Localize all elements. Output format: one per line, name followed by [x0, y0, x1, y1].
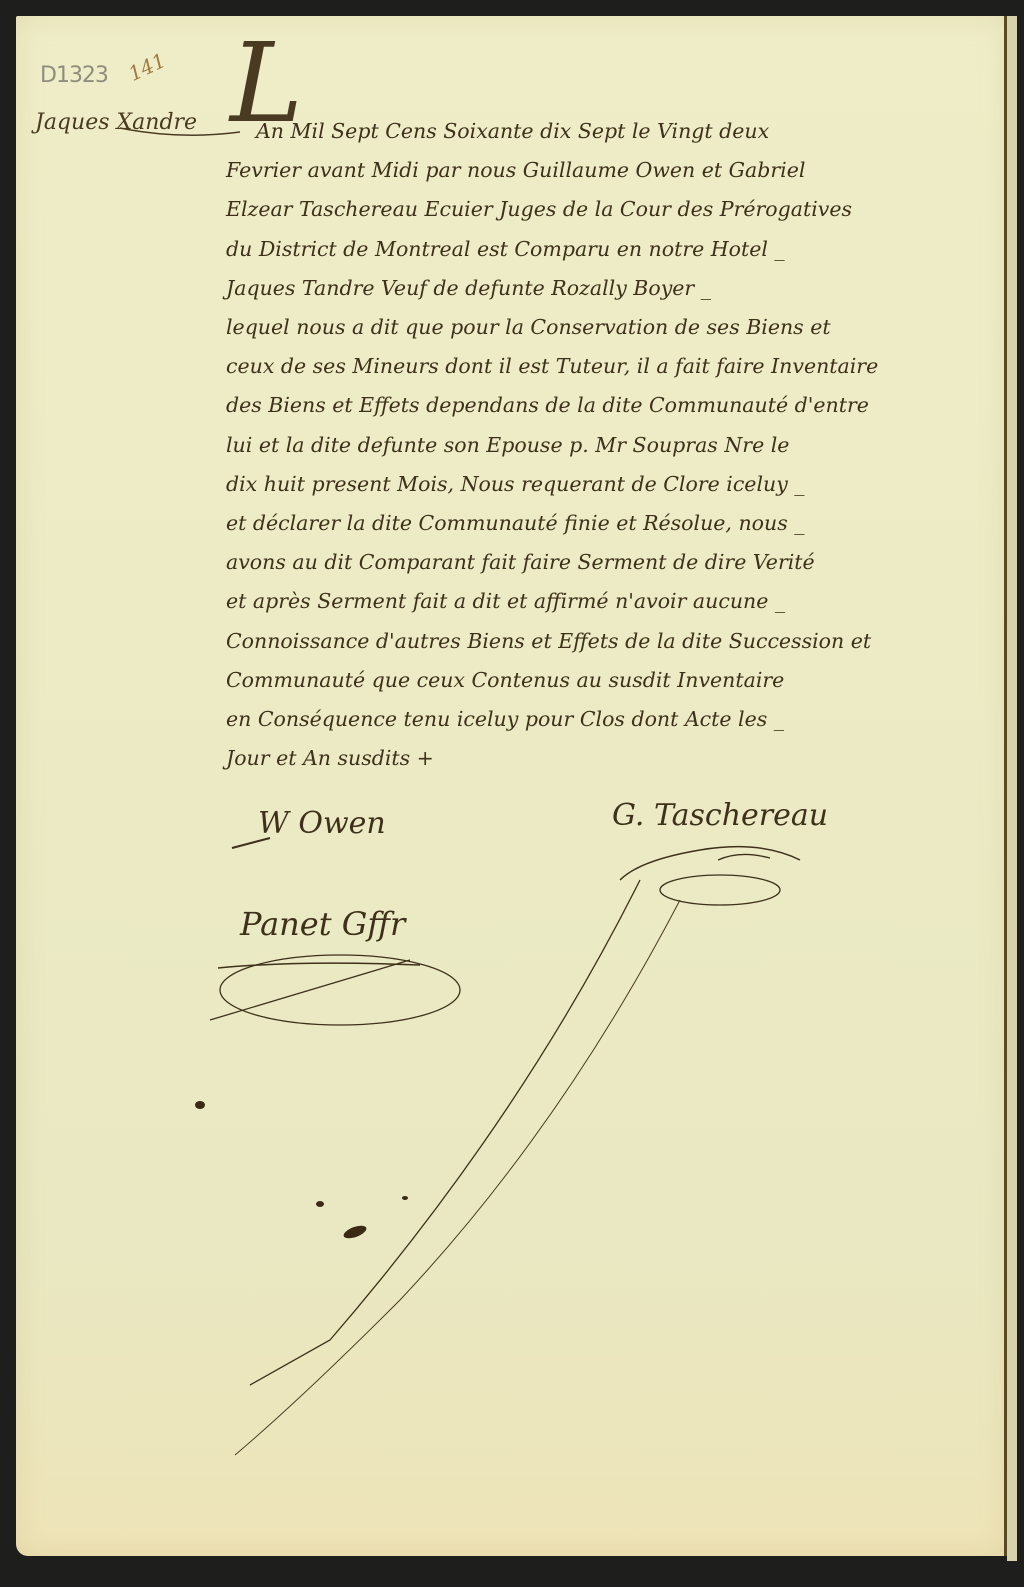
ink-flourishes	[0, 0, 1024, 1587]
